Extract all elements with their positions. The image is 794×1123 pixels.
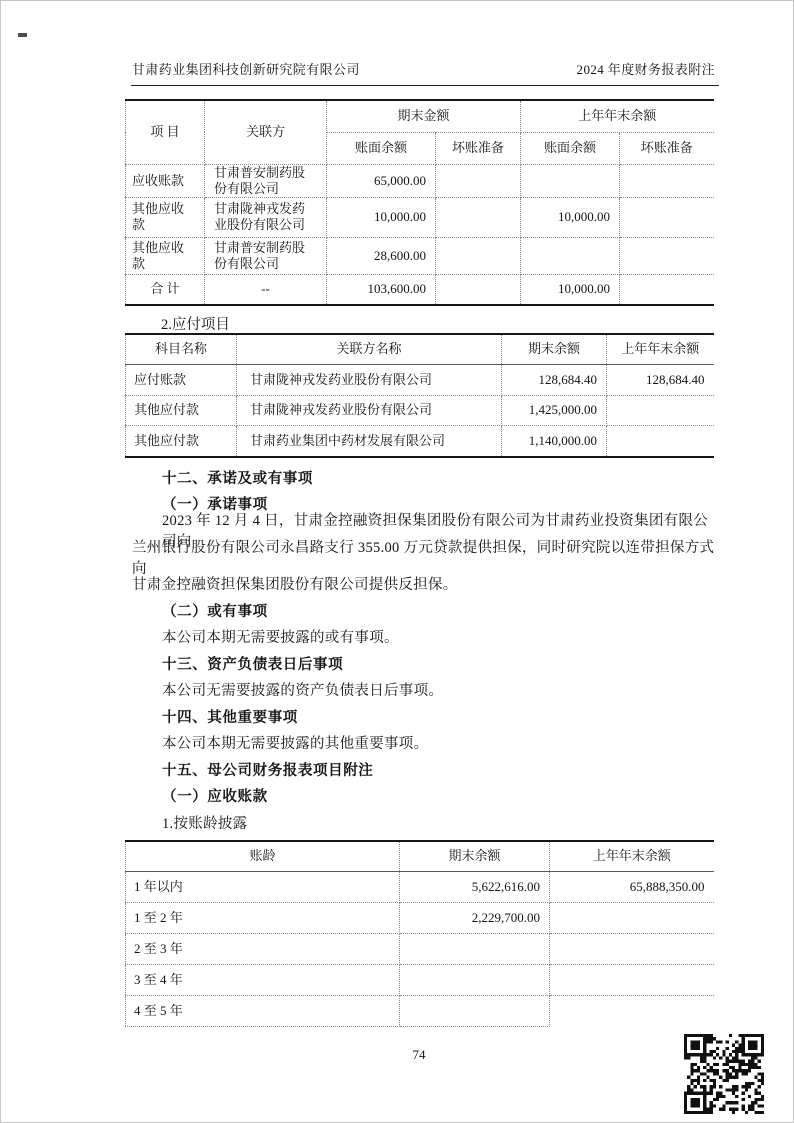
cell-prior <box>607 425 714 457</box>
table-row: 4 至 5 年 <box>126 995 714 1026</box>
cell-closing: 1,425,000.00 <box>502 395 607 425</box>
cell-aging: 2 至 3 年 <box>126 933 400 964</box>
cell-closing-book: 10,000.00 <box>327 197 436 237</box>
related-receivables-grid: 项 目 关联方 期末金额 上年年末余额 账面余额 坏账准备 账面余额 坏账准备 … <box>125 99 714 306</box>
table-row: 其他应付款 甘肃药业集团中药材发展有限公司 1,140,000.00 <box>126 425 714 457</box>
cell-aging: 3 至 4 年 <box>126 964 400 995</box>
section-13-heading: 十三、资产负债表日后事项 <box>125 650 721 677</box>
related-receivables-table: 项 目 关联方 期末金额 上年年末余额 账面余额 坏账准备 账面余额 坏账准备 … <box>125 99 714 306</box>
col-header-bad-debt-prior: 坏账准备 <box>620 132 714 164</box>
scanner-artifact-mark <box>18 33 27 37</box>
section-14-heading: 十四、其他重要事项 <box>125 703 721 730</box>
section-13-body: 本公司无需要披露的资产负债表日后事项。 <box>125 676 721 703</box>
section-15-1-heading: （一）应收账款 <box>125 783 721 810</box>
cell-subject: 应付账款 <box>126 364 237 395</box>
section-12-heading: 十二、承诺及或有事项 <box>125 464 721 491</box>
col-header-subject: 科目名称 <box>126 334 237 364</box>
table-row: 应收账款 甘肃普安制药股份有限公司 65,000.00 <box>126 164 714 197</box>
cell-party: 甘肃陇神戎发药业股份有限公司 <box>237 364 502 395</box>
cell-prior <box>607 395 714 425</box>
page-number: 74 <box>125 1047 713 1063</box>
cell-closing: 1,140,000.00 <box>502 425 607 457</box>
cell-prior-bad <box>620 237 714 274</box>
col-header-book-balance: 账面余额 <box>327 132 436 164</box>
section-15-heading: 十五、母公司财务报表项目附注 <box>125 756 721 783</box>
cell-prior: 128,684.40 <box>607 364 714 395</box>
cell-closing-bad <box>436 197 521 237</box>
header-report-title: 2024 年度财务报表附注 <box>577 59 715 78</box>
col-header-party-name: 关联方名称 <box>237 334 502 364</box>
table-row-total: 合 计 -- 103,600.00 10,000.00 <box>126 274 714 305</box>
section-12-2-heading: （二）或有事项 <box>125 597 721 624</box>
cell-prior-book: 10,000.00 <box>521 274 620 305</box>
aging-disclosure-label: 1.按账龄披露 <box>125 809 721 836</box>
table-row: 其他应付款 甘肃陇神戎发药业股份有限公司 1,425,000.00 <box>126 395 714 425</box>
qr-code <box>684 1034 764 1114</box>
col-header-closing-balance: 期末余额 <box>502 334 607 364</box>
cell-prior-bad <box>620 164 714 197</box>
cell-closing-bad <box>436 274 521 305</box>
cell-prior <box>550 964 714 995</box>
table-row: 3 至 4 年 <box>126 964 714 995</box>
cell-party: 甘肃陇神戎发药业股份有限公司 <box>205 197 327 237</box>
cell-party: 甘肃普安制药股份有限公司 <box>205 164 327 197</box>
section-14-body: 本公司本期无需要披露的其他重要事项。 <box>125 729 721 756</box>
cell-closing-book: 103,600.00 <box>327 274 436 305</box>
cell-item: 应收账款 <box>126 164 205 197</box>
col-header-party: 关联方 <box>205 100 327 164</box>
cell-prior <box>550 995 714 1026</box>
table-row: 其他应收款 甘肃普安制药股份有限公司 28,600.00 <box>126 237 714 274</box>
cell-closing: 128,684.40 <box>502 364 607 395</box>
col-header-bad-debt: 坏账准备 <box>436 132 521 164</box>
cell-closing <box>400 995 550 1026</box>
cell-subject: 其他应付款 <box>126 395 237 425</box>
table-row: 应付账款 甘肃陇神戎发药业股份有限公司 128,684.40 128,684.4… <box>126 364 714 395</box>
cell-party: 甘肃普安制药股份有限公司 <box>205 237 327 274</box>
col-header-aging: 账龄 <box>126 841 400 871</box>
col-header-book-balance-prior: 账面余额 <box>521 132 620 164</box>
cell-party: 甘肃药业集团中药材发展有限公司 <box>237 425 502 457</box>
cell-closing <box>400 964 550 995</box>
table-row: 1 年以内 5,622,616.00 65,888,350.00 <box>126 871 714 902</box>
report-page: 甘肃药业集团科技创新研究院有限公司 2024 年度财务报表附注 项 目 关联方 … <box>0 0 794 1123</box>
header-divider <box>131 85 719 86</box>
aging-table: 账龄 期末余额 上年年末余额 1 年以内 5,622,616.00 65,888… <box>125 840 714 1027</box>
cell-prior-bad <box>620 197 714 237</box>
cell-prior <box>550 902 714 933</box>
cell-total-label: 合 计 <box>126 274 205 305</box>
cell-closing-book: 65,000.00 <box>327 164 436 197</box>
col-header-prior-group: 上年年末余额 <box>521 100 714 132</box>
section-12-2-body: 本公司本期无需要披露的或有事项。 <box>125 623 721 650</box>
cell-subject: 其他应付款 <box>126 425 237 457</box>
cell-prior: 65,888,350.00 <box>550 871 714 902</box>
cell-prior-book: 10,000.00 <box>521 197 620 237</box>
col-header-item: 项 目 <box>126 100 205 164</box>
cell-aging: 1 年以内 <box>126 871 400 902</box>
related-payables-table: 科目名称 关联方名称 期末余额 上年年末余额 应付账款 甘肃陇神戎发药业股份有限… <box>125 333 714 458</box>
col-header-closing-balance: 期末余额 <box>400 841 550 871</box>
cell-closing-bad <box>436 237 521 274</box>
header-company-name: 甘肃药业集团科技创新研究院有限公司 <box>132 59 360 78</box>
table-row: 1 至 2 年 2,229,700.00 <box>126 902 714 933</box>
cell-aging: 4 至 5 年 <box>126 995 400 1026</box>
related-payables-grid: 科目名称 关联方名称 期末余额 上年年末余额 应付账款 甘肃陇神戎发药业股份有限… <box>125 333 714 458</box>
cell-party: -- <box>205 274 327 305</box>
cell-party: 甘肃陇神戎发药业股份有限公司 <box>237 395 502 425</box>
cell-item: 其他应收款 <box>126 237 205 274</box>
col-header-closing-group: 期末金额 <box>327 100 521 132</box>
cell-closing: 2,229,700.00 <box>400 902 550 933</box>
payables-section-label: 2.应付项目 <box>161 313 230 334</box>
col-header-prior-balance: 上年年末余额 <box>550 841 714 871</box>
commitment-paragraph-line-2: 兰州银行股份有限公司永昌路支行 355.00 万元贷款提供担保，同时研究院以连带… <box>125 544 721 571</box>
cell-closing: 5,622,616.00 <box>400 871 550 902</box>
cell-prior <box>550 933 714 964</box>
table-row: 其他应收款 甘肃陇神戎发药业股份有限公司 10,000.00 10,000.00 <box>126 197 714 237</box>
cell-prior-book <box>521 237 620 274</box>
col-header-prior-balance: 上年年末余额 <box>607 334 714 364</box>
cell-prior-book <box>521 164 620 197</box>
cell-closing-book: 28,600.00 <box>327 237 436 274</box>
cell-closing-bad <box>436 164 521 197</box>
cell-prior-bad <box>620 274 714 305</box>
table-row: 2 至 3 年 <box>126 933 714 964</box>
cell-closing <box>400 933 550 964</box>
notes-text-block: 十二、承诺及或有事项 （一）承诺事项 2023 年 12 月 4 日，甘肃金控融… <box>125 464 721 836</box>
cell-aging: 1 至 2 年 <box>126 902 400 933</box>
cell-item: 其他应收款 <box>126 197 205 237</box>
aging-grid: 账龄 期末余额 上年年末余额 1 年以内 5,622,616.00 65,888… <box>125 840 714 1027</box>
